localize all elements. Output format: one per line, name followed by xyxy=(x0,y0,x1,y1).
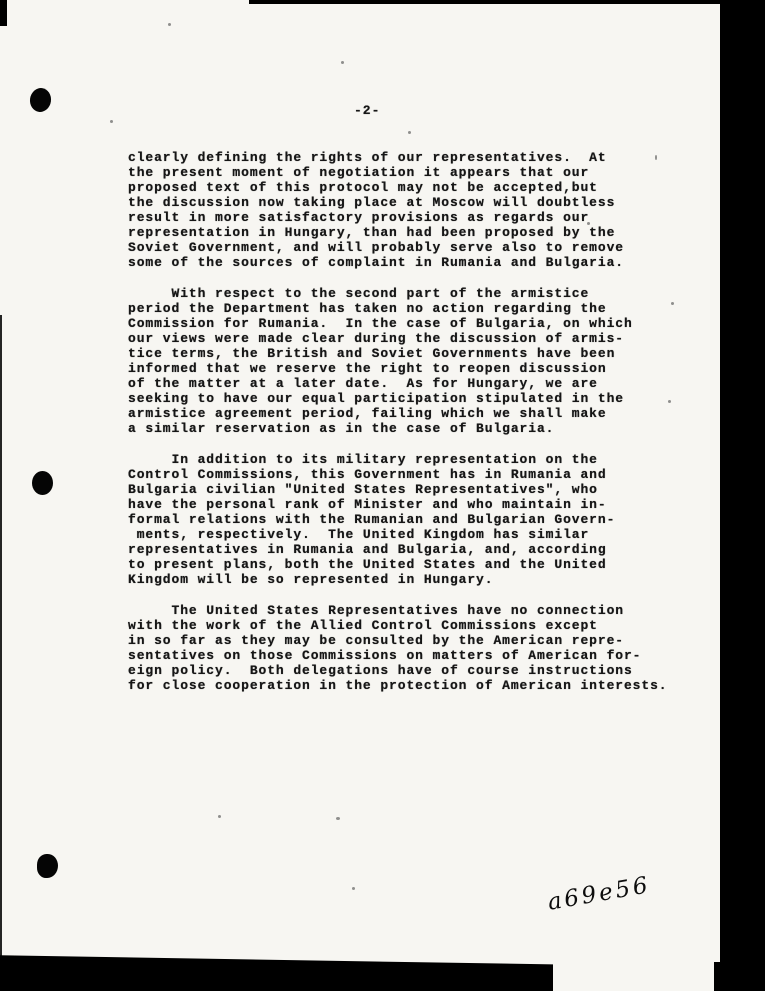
text-line: period the Department has taken no actio… xyxy=(128,301,708,316)
page-number: -2- xyxy=(354,103,380,118)
text-line: informed that we reserve the right to re… xyxy=(128,361,708,376)
text-line: a similar reservation as in the case of … xyxy=(128,421,708,436)
text-line: With respect to the second part of the a… xyxy=(128,286,708,301)
text-line: some of the sources of complaint in Ruma… xyxy=(128,255,708,270)
text-line: our views were made clear during the dis… xyxy=(128,331,708,346)
text-line: Kingdom will be so represented in Hungar… xyxy=(128,572,708,587)
paragraph: In addition to its military representati… xyxy=(128,452,708,587)
text-line: to present plans, both the United States… xyxy=(128,557,708,572)
text-line: sentatives on those Commissions on matte… xyxy=(128,648,708,663)
scan-edge-bottom-right xyxy=(714,962,765,991)
text-line: for close cooperation in the protection … xyxy=(128,678,708,693)
scan-corner-mark xyxy=(0,0,7,26)
scan-edge-top xyxy=(249,0,765,4)
text-line: Bulgaria civilian "United States Represe… xyxy=(128,482,708,497)
text-line: representation in Hungary, than had been… xyxy=(128,225,708,240)
text-line: have the personal rank of Minister and w… xyxy=(128,497,708,512)
paragraph: The United States Representatives have n… xyxy=(128,603,708,693)
text-line: tice terms, the British and Soviet Gover… xyxy=(128,346,708,361)
punch-hole xyxy=(32,471,53,495)
scanned-document-page: -2- clearly defining the rights of our r… xyxy=(0,0,765,991)
text-line: result in more satisfactory provisions a… xyxy=(128,210,708,225)
scan-speck xyxy=(168,23,171,26)
paragraph: With respect to the second part of the a… xyxy=(128,286,708,436)
text-line: formal relations with the Rumanian and B… xyxy=(128,512,708,527)
text-line: the present moment of negotiation it app… xyxy=(128,165,708,180)
text-line: eign policy. Both delegations have of co… xyxy=(128,663,708,678)
text-line: in so far as they may be consulted by th… xyxy=(128,633,708,648)
text-line: The United States Representatives have n… xyxy=(128,603,708,618)
text-line: Commission for Rumania. In the case of B… xyxy=(128,316,708,331)
document-body: clearly defining the rights of our repre… xyxy=(128,150,708,693)
text-line: seeking to have our equal participation … xyxy=(128,391,708,406)
scan-speck xyxy=(341,61,344,64)
text-line: Control Commissions, this Government has… xyxy=(128,467,708,482)
text-line: of the matter at a later date. As for Hu… xyxy=(128,376,708,391)
punch-hole xyxy=(28,87,52,114)
scan-speck xyxy=(352,887,355,890)
scan-edge-left xyxy=(0,315,2,960)
punch-hole xyxy=(37,854,58,878)
text-line: the discussion now taking place at Mosco… xyxy=(128,195,708,210)
scan-speck xyxy=(408,131,411,134)
handwritten-annotation: a69e56 xyxy=(546,872,653,916)
scan-speck xyxy=(218,815,221,818)
text-line: Soviet Government, and will probably ser… xyxy=(128,240,708,255)
text-line: proposed text of this protocol may not b… xyxy=(128,180,708,195)
text-line: representatives in Rumania and Bulgaria,… xyxy=(128,542,708,557)
scan-edge-right xyxy=(720,0,765,991)
text-line: with the work of the Allied Control Comm… xyxy=(128,618,708,633)
text-line: armistice agreement period, failing whic… xyxy=(128,406,708,421)
scan-speck xyxy=(336,817,340,820)
paragraph: clearly defining the rights of our repre… xyxy=(128,150,708,270)
scan-edge-bottom xyxy=(0,953,553,991)
scan-speck xyxy=(110,120,113,123)
text-line: In addition to its military representati… xyxy=(128,452,708,467)
text-line: ments, respectively. The United Kingdom … xyxy=(128,527,708,542)
text-line: clearly defining the rights of our repre… xyxy=(128,150,708,165)
